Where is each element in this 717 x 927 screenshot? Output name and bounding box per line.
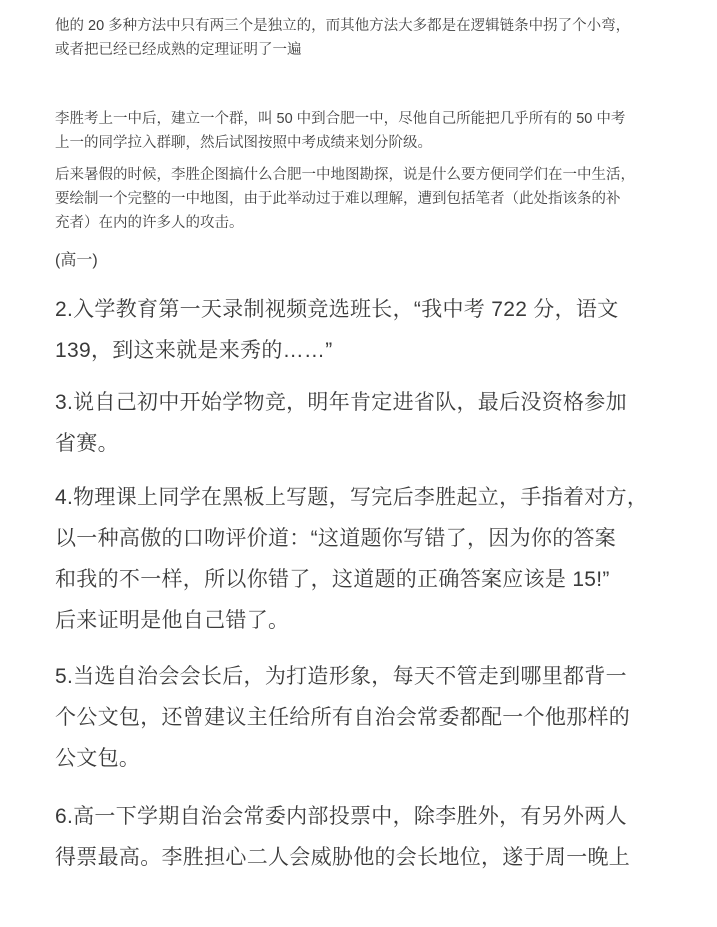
- text-line: 139，到这来就是来秀的……”: [55, 330, 662, 371]
- text-line: 4.物理课上同学在黑板上写题，写完后李胜起立，手指着对方，: [55, 477, 662, 518]
- note-paragraph-3: 后来暑假的时候，李胜企图搞什么合肥一中地图勘探，说是什么要方便同学们在一中生活，…: [55, 163, 662, 235]
- text-line: 公文包。: [55, 738, 662, 779]
- text-line: 要绘制一个完整的一中地图，由于此举动过于难以理解，遭到包括笔者（此处指该条的补: [55, 187, 662, 211]
- text-line: 后来证明是他自己错了。: [55, 600, 662, 641]
- text-line: 后来暑假的时候，李胜企图搞什么合肥一中地图勘探，说是什么要方便同学们在一中生活，: [55, 163, 662, 187]
- text-line: 3.说自己初中开始学物竞，明年肯定进省队，最后没资格参加: [55, 382, 662, 423]
- grade-label: (高一): [55, 248, 662, 274]
- list-item-6: 6.高一下学期自治会常委内部投票中，除李胜外，有另外两人 得票最高。李胜担心二人…: [55, 796, 662, 878]
- list-item-4: 4.物理课上同学在黑板上写题，写完后李胜起立，手指着对方， 以一种高傲的口吻评价…: [55, 477, 662, 641]
- text-line: 或者把已经已经成熟的定理证明了一遍: [55, 38, 662, 62]
- text-line: 省赛。: [55, 423, 662, 464]
- list-item-3: 3.说自己初中开始学物竞，明年肯定进省队，最后没资格参加 省赛。: [55, 382, 662, 464]
- note-paragraph-2: 李胜考上一中后，建立一个群，叫 50 中到合肥一中，尽他自己所能把几乎所有的 5…: [55, 107, 662, 155]
- text-line: 和我的不一样，所以你错了，这道题的正确答案应该是 15!”: [55, 559, 662, 600]
- text-line: 2.入学教育第一天录制视频竞选班长，“我中考 722 分，语文: [55, 289, 662, 330]
- text-line: 他的 20 多种方法中只有两三个是独立的，而其他方法大多都是在逻辑链条中拐了个小…: [55, 14, 662, 38]
- text-line: 5.当选自治会会长后，为打造形象，每天不管走到哪里都背一: [55, 656, 662, 697]
- text-line: 李胜考上一中后，建立一个群，叫 50 中到合肥一中，尽他自己所能把几乎所有的 5…: [55, 107, 662, 131]
- text-line: 得票最高。李胜担心二人会威胁他的会长地位，遂于周一晚上: [55, 837, 662, 878]
- text-line: 以一种高傲的口吻评价道：“这道题你写错了，因为你的答案: [55, 518, 662, 559]
- text-line: 6.高一下学期自治会常委内部投票中，除李胜外，有另外两人: [55, 796, 662, 837]
- text-line: 个公文包，还曾建议主任给所有自治会常委都配一个他那样的: [55, 697, 662, 738]
- document-page: 他的 20 多种方法中只有两三个是独立的，而其他方法大多都是在逻辑链条中拐了个小…: [0, 0, 717, 927]
- list-item-2: 2.入学教育第一天录制视频竞选班长，“我中考 722 分，语文 139，到这来就…: [55, 289, 662, 371]
- note-paragraph-1: 他的 20 多种方法中只有两三个是独立的，而其他方法大多都是在逻辑链条中拐了个小…: [55, 14, 662, 62]
- text-line: 上一的同学拉入群聊，然后试图按照中考成绩来划分阶级。: [55, 131, 662, 155]
- text-line: 充者）在内的许多人的攻击。: [55, 211, 662, 235]
- list-item-5: 5.当选自治会会长后，为打造形象，每天不管走到哪里都背一 个公文包，还曾建议主任…: [55, 656, 662, 779]
